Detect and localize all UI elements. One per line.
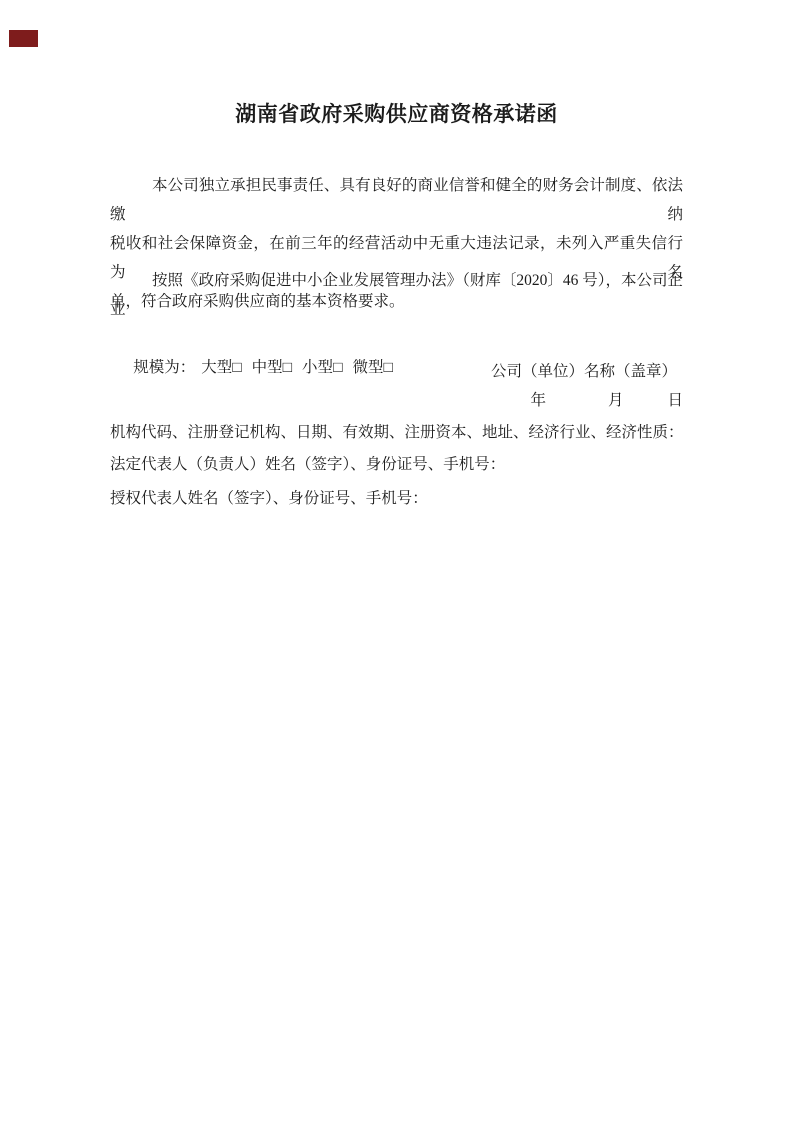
signature-date-line: 年 月 日 [110, 386, 683, 415]
document-title: 湖南省政府采购供应商资格承诺函 [0, 101, 793, 129]
year-label: 年 [530, 386, 546, 415]
month-label: 月 [608, 386, 624, 415]
field-authorized-representative: 授权代表人姓名（签字）、身份证号、手机号： [110, 484, 683, 513]
paragraph-line: 按照《政府采购促进中小企业发展管理办法》（财库〔2020〕46 号），本公司企业 [110, 266, 683, 324]
field-legal-representative: 法定代表人（负责人）姓名（签字）、身份证号、手机号： [110, 450, 683, 479]
paragraph-line: 本公司独立承担民事责任、具有良好的商业信誉和健全的财务会计制度、依法缴纳 [110, 171, 683, 229]
document-page: 湖南省政府采购供应商资格承诺函 本公司独立承担民事责任、具有良好的商业信誉和健全… [0, 0, 793, 1122]
company-seal-line: 公司（单位）名称（盖章） [110, 357, 683, 386]
red-corner-mark [9, 30, 38, 47]
day-label: 日 [667, 386, 683, 415]
field-org-info: 机构代码、注册登记机构、日期、有效期、注册资本、地址、经济行业、经济性质： [110, 418, 683, 447]
